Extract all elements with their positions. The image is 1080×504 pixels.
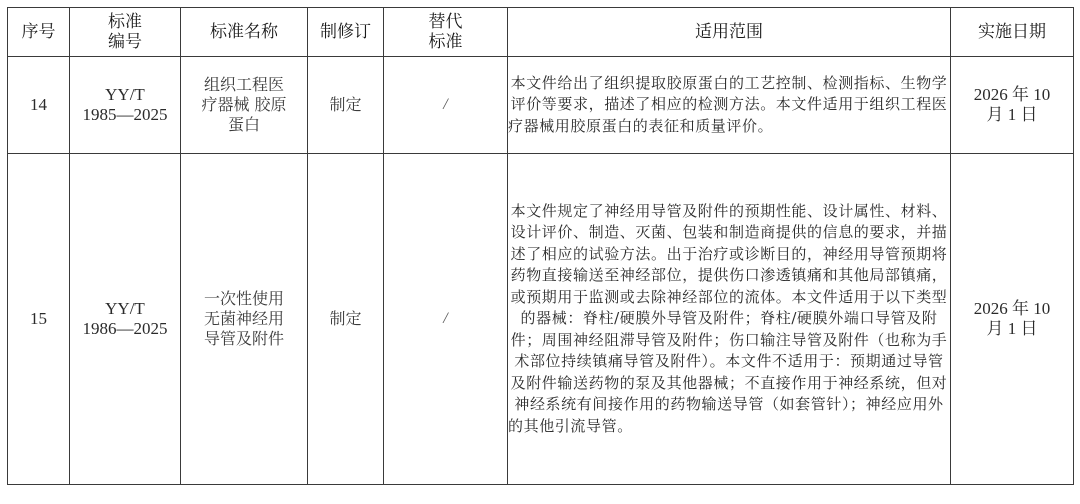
header-seq: 序号 bbox=[8, 8, 70, 57]
name-line: 一次性使用 bbox=[181, 289, 307, 309]
name-line: 蛋白 bbox=[181, 115, 307, 135]
header-replace-line1: 替代 bbox=[384, 12, 507, 32]
table-row: 15 YY/T 1986—2025 一次性使用 无菌神经用 导管及附件 制定 /… bbox=[8, 154, 1074, 485]
header-code-line1: 标准 bbox=[70, 12, 180, 32]
replace-value: / bbox=[443, 310, 447, 327]
name-line: 疗器械 胶原 bbox=[181, 95, 307, 115]
header-code-line2: 编号 bbox=[70, 32, 180, 52]
name-cell: 组织工程医 疗器械 胶原 蛋白 bbox=[181, 57, 308, 154]
header-date-text: 实施日期 bbox=[951, 22, 1073, 42]
header-name-text: 标准名称 bbox=[181, 22, 307, 42]
type-value: 制定 bbox=[329, 309, 361, 328]
code-prefix: YY/T bbox=[70, 85, 180, 105]
header-scope-text: 适用范围 bbox=[508, 22, 950, 42]
header-replace-line2: 标准 bbox=[384, 32, 507, 52]
header-scope: 适用范围 bbox=[508, 8, 951, 57]
replace-cell: / bbox=[384, 57, 508, 154]
header-type: 制修订 bbox=[308, 8, 384, 57]
header-row: 序号 标准 编号 标准名称 制修订 替代 标准 适用范围 实施日期 bbox=[8, 8, 1074, 57]
code-number: 1985—2025 bbox=[70, 105, 180, 125]
date-line: 2026 年 10 bbox=[951, 299, 1073, 319]
scope-cell: 本文件规定了神经用导管及附件的预期性能、设计属性、材料、设计评价、制造、灭菌、包… bbox=[508, 154, 951, 485]
standards-table: 序号 标准 编号 标准名称 制修订 替代 标准 适用范围 实施日期 bbox=[7, 7, 1074, 485]
seq-value: 15 bbox=[30, 309, 47, 328]
header-code: 标准 编号 bbox=[70, 8, 181, 57]
date-cell: 2026 年 10 月 1 日 bbox=[951, 154, 1074, 485]
type-cell: 制定 bbox=[308, 57, 384, 154]
scope-cell: 本文件给出了组织提取胶原蛋白的工艺控制、检测指标、生物学评价等要求，描述了相应的… bbox=[508, 57, 951, 154]
code-cell: YY/T 1986—2025 bbox=[70, 154, 181, 485]
seq-cell: 15 bbox=[8, 154, 70, 485]
replace-value: / bbox=[443, 96, 447, 113]
code-cell: YY/T 1985—2025 bbox=[70, 57, 181, 154]
seq-cell: 14 bbox=[8, 57, 70, 154]
type-cell: 制定 bbox=[308, 154, 384, 485]
replace-cell: / bbox=[384, 154, 508, 485]
header-replace: 替代 标准 bbox=[384, 8, 508, 57]
name-cell: 一次性使用 无菌神经用 导管及附件 bbox=[181, 154, 308, 485]
header-date: 实施日期 bbox=[951, 8, 1074, 57]
header-name: 标准名称 bbox=[181, 8, 308, 57]
code-number: 1986—2025 bbox=[70, 319, 180, 339]
code-prefix: YY/T bbox=[70, 299, 180, 319]
date-cell: 2026 年 10 月 1 日 bbox=[951, 57, 1074, 154]
header-type-text: 制修订 bbox=[308, 22, 383, 42]
table-row: 14 YY/T 1985—2025 组织工程医 疗器械 胶原 蛋白 制定 / 本… bbox=[8, 57, 1074, 154]
date-line: 2026 年 10 bbox=[951, 85, 1073, 105]
type-value: 制定 bbox=[329, 95, 361, 114]
name-line: 无菌神经用 bbox=[181, 309, 307, 329]
date-line: 月 1 日 bbox=[951, 105, 1073, 125]
name-line: 导管及附件 bbox=[181, 329, 307, 349]
name-line: 组织工程医 bbox=[181, 75, 307, 95]
seq-value: 14 bbox=[30, 95, 47, 114]
header-seq-text: 序号 bbox=[8, 22, 69, 42]
date-line: 月 1 日 bbox=[951, 319, 1073, 339]
